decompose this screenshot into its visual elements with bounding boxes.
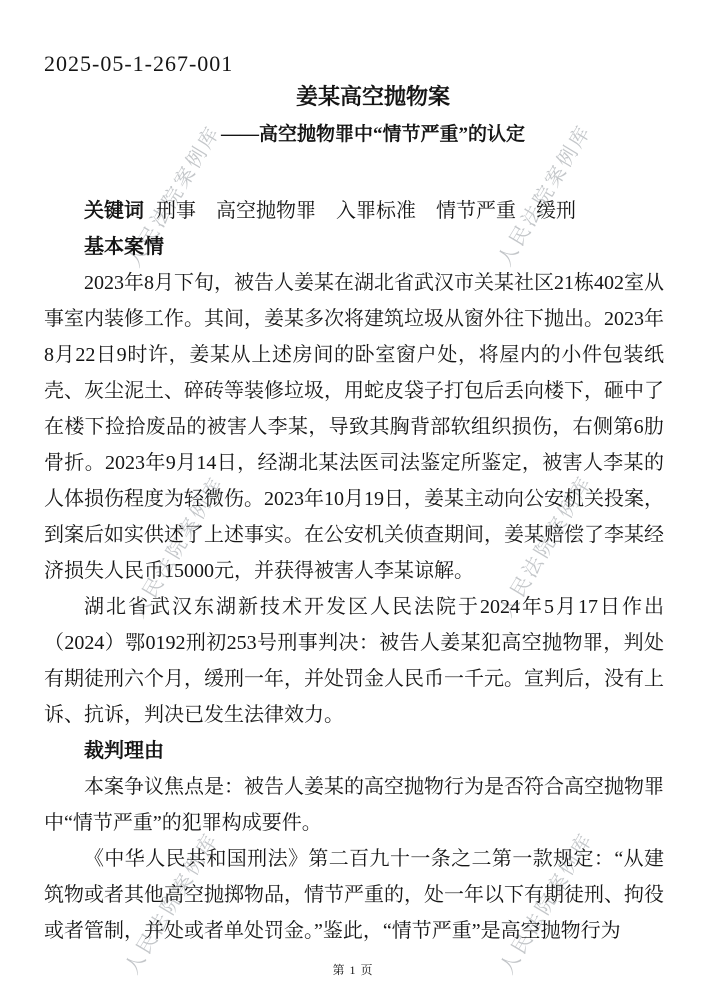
paragraph-reasons-2: 《中华人民共和国刑法》第二百九十一条之二第一款规定：“从建筑物或者其他高空抛掷物… — [44, 841, 664, 949]
case-title: 姜某高空抛物案 — [44, 84, 664, 109]
paragraph-reasons-1: 本案争议焦点是：被告人姜某的高空抛物行为是否符合高空抛物罪中“情节严重”的犯罪构… — [44, 769, 664, 841]
paragraph-facts-2: 湖北省武汉东湖新技术开发区人民法院于2024年5月17日作出（2024）鄂019… — [44, 589, 664, 733]
case-subtitle: ——高空抛物罪中“情节严重”的认定 — [44, 123, 664, 146]
section-basic-facts: 基本案情 2023年8月下旬，被告人姜某在湖北省武汉市关某社区21栋402室从事… — [44, 229, 664, 733]
keywords-items: 刑事 高空抛物罪 入罪标准 情节严重 缓刑 — [156, 200, 576, 222]
keywords-label: 关键词 — [84, 200, 144, 222]
keywords-line: 关键词刑事 高空抛物罪 入罪标准 情节严重 缓刑 — [44, 193, 664, 229]
case-number: 2025-05-1-267-001 — [44, 52, 664, 76]
paragraph-facts-1: 2023年8月下旬，被告人姜某在湖北省武汉市关某社区21栋402室从事室内装修工… — [44, 265, 664, 589]
page-number: 第 1 页 — [0, 961, 706, 978]
section-heading-judgment-reasons: 裁判理由 — [44, 733, 664, 769]
section-heading-basic-facts: 基本案情 — [44, 229, 664, 265]
section-judgment-reasons: 裁判理由 本案争议焦点是：被告人姜某的高空抛物行为是否符合高空抛物罪中“情节严重… — [44, 733, 664, 949]
document-content: 2025-05-1-267-001 姜某高空抛物案 ——高空抛物罪中“情节严重”… — [44, 52, 664, 949]
document-page: 人民法院案例库 人民法院案例库 人民法院案例库 人民法院案例库 人民法院案例库 … — [0, 0, 706, 999]
